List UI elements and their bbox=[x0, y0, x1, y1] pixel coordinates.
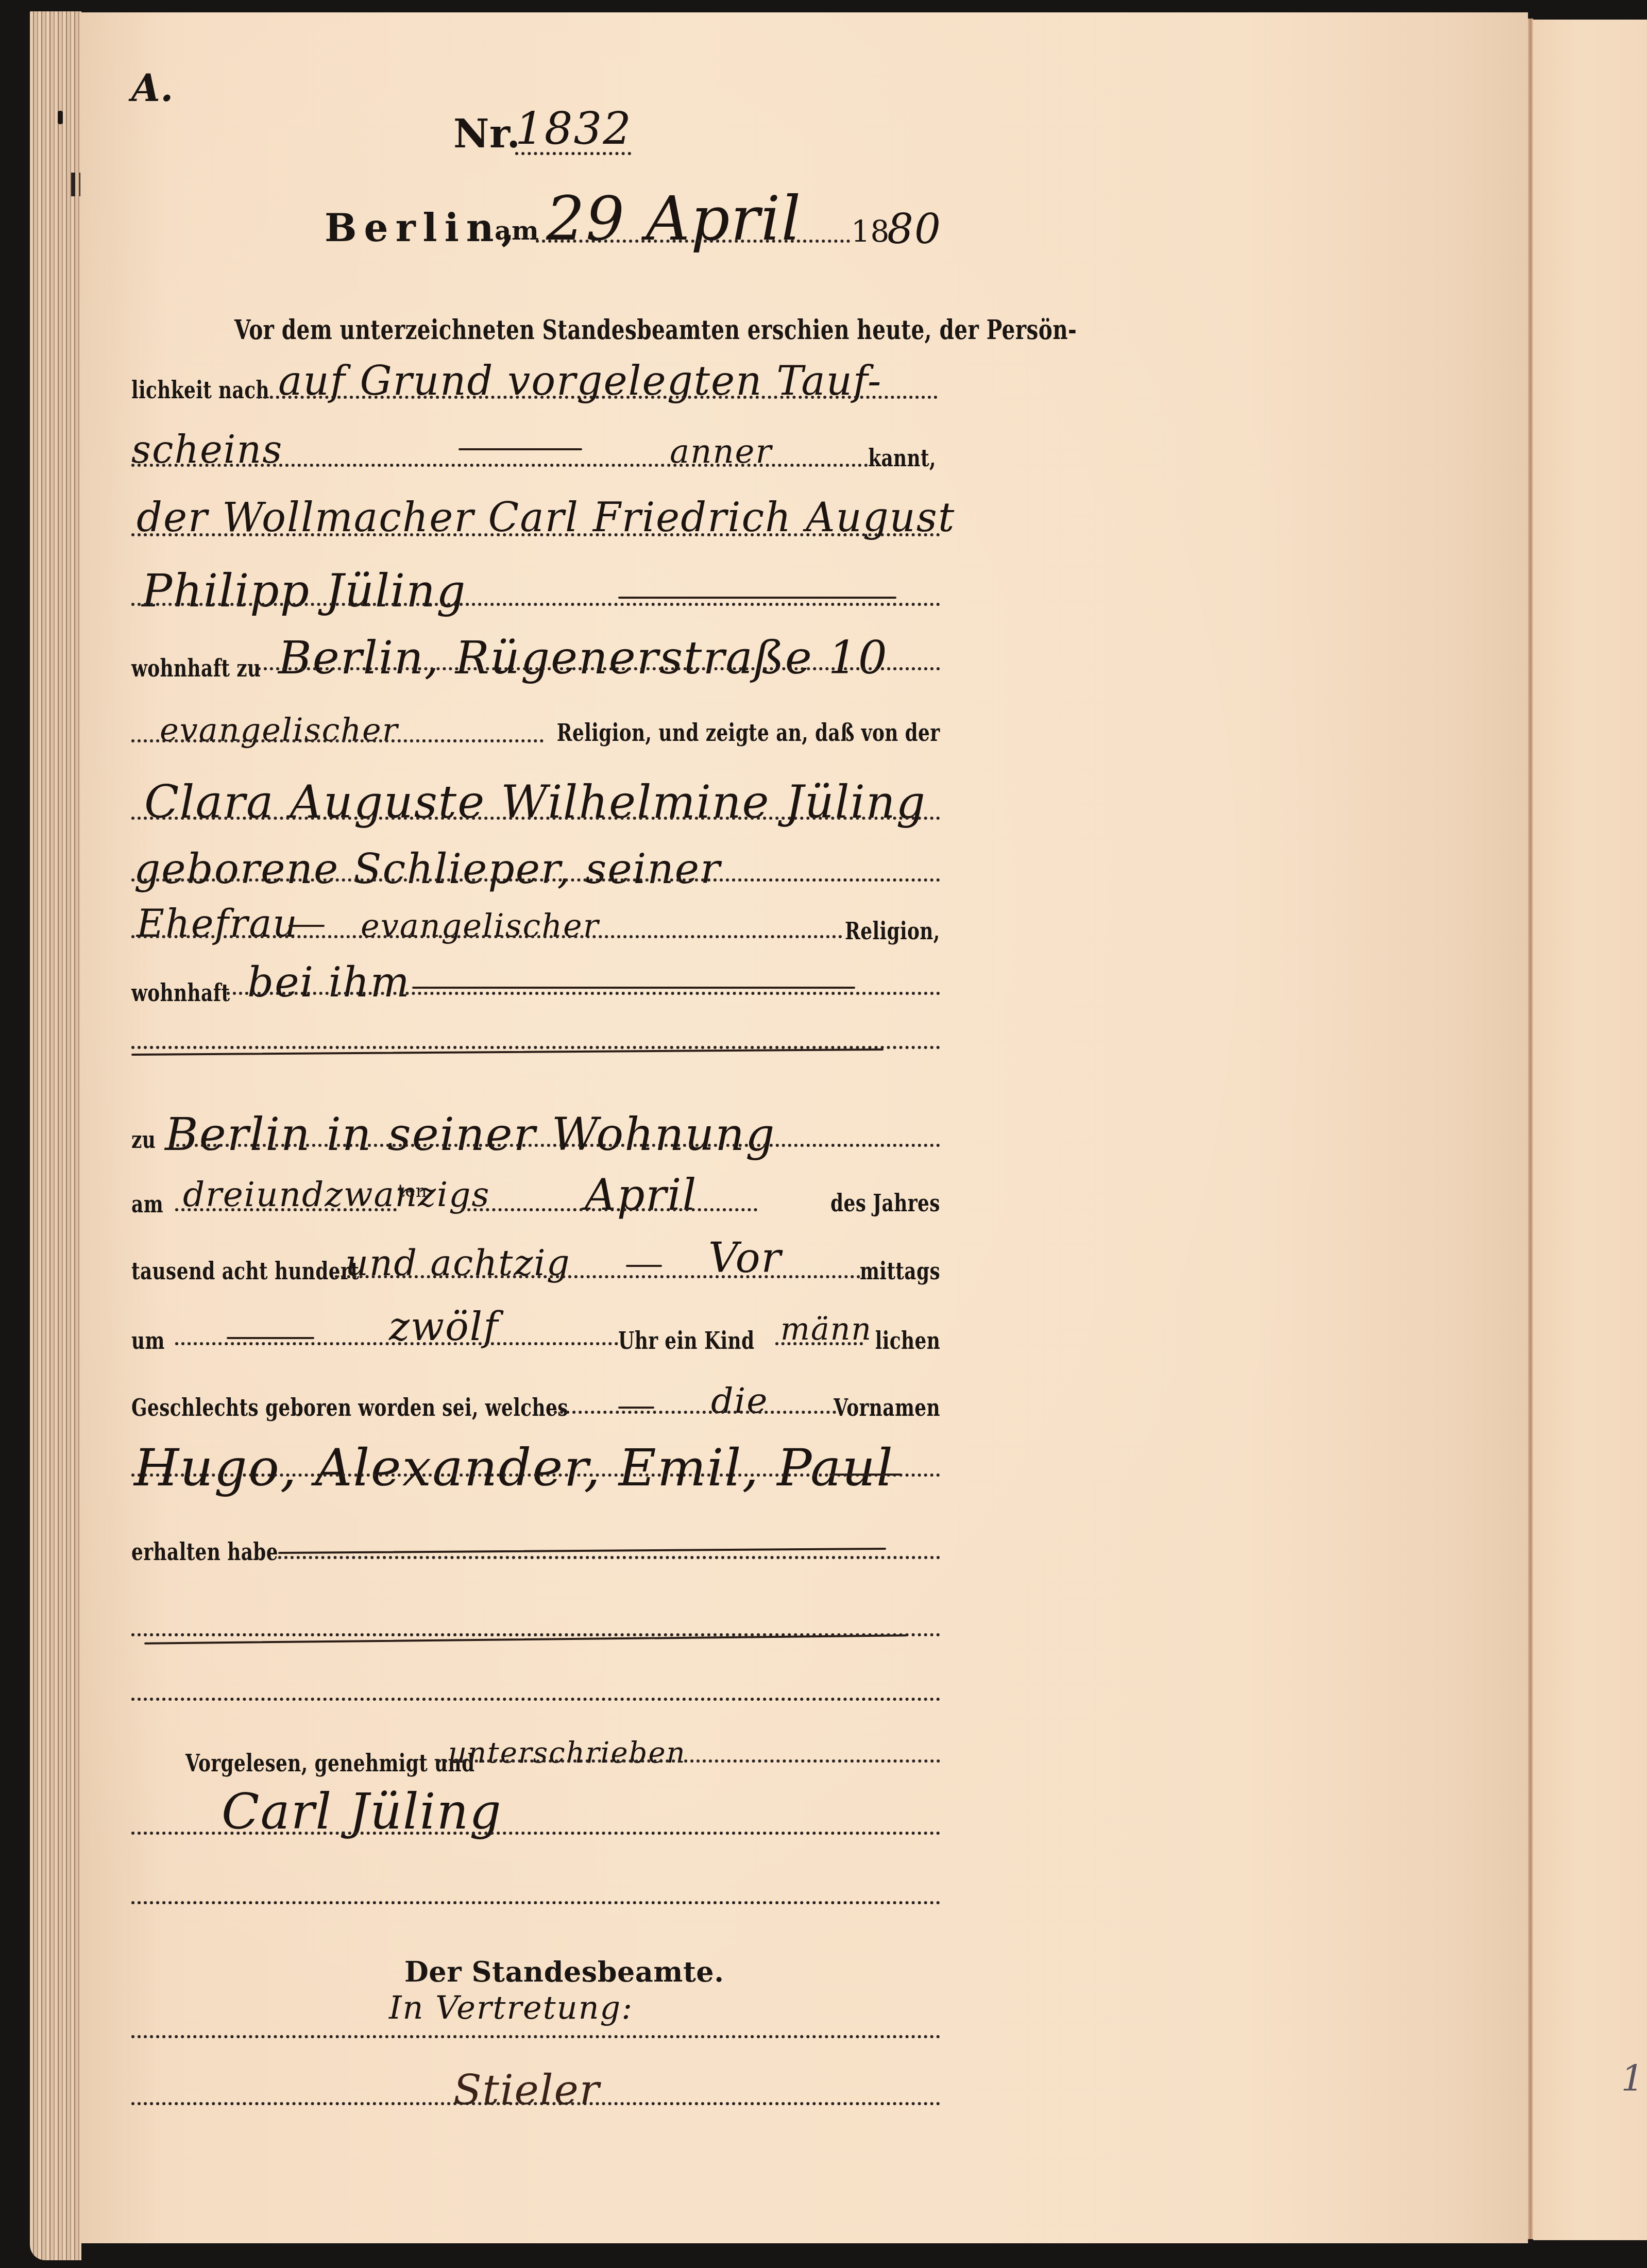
birth-time-suffix: mittags bbox=[860, 1257, 940, 1285]
section-letter: A. bbox=[131, 66, 174, 110]
blank-line-2 bbox=[131, 1633, 940, 1636]
read-approved-label: Vorgelesen, genehmigt und bbox=[185, 1749, 475, 1777]
number-line bbox=[515, 152, 631, 155]
mother-line-3 bbox=[131, 935, 842, 938]
registration-date: 29 April bbox=[546, 183, 802, 254]
names-article: die bbox=[711, 1381, 769, 1421]
registrar-line-2 bbox=[131, 2102, 940, 2105]
filler-dash bbox=[227, 1337, 314, 1339]
received-line bbox=[278, 1556, 940, 1559]
birth-day-suffix: ten bbox=[398, 1181, 427, 1201]
birth-hour-label: um bbox=[131, 1327, 165, 1355]
mother-line-2 bbox=[131, 878, 940, 882]
read-approved-line bbox=[438, 1759, 940, 1763]
place-label: Berlin, bbox=[325, 206, 521, 250]
mother-maiden-name: geborene Schlieper, seiner bbox=[134, 845, 721, 893]
entry-number: 1832 bbox=[515, 103, 632, 155]
child-given-names: Hugo, Alexander, Emil, Paul bbox=[134, 1437, 894, 1498]
blank-line bbox=[131, 1046, 940, 1049]
birth-hour-suffix: Uhr ein Kind bbox=[618, 1327, 754, 1355]
year-written: 80 bbox=[887, 205, 942, 253]
mother-religion-suffix: Religion, bbox=[845, 917, 940, 945]
birth-place-label: zu bbox=[131, 1126, 156, 1154]
birth-month-value: April bbox=[585, 1170, 697, 1220]
registrar-prefix: In Vertretung: bbox=[389, 1989, 633, 2026]
names-article-line bbox=[554, 1411, 842, 1414]
identity-label: lichkeit nach bbox=[131, 376, 269, 404]
residence-line bbox=[258, 667, 940, 670]
birth-year-label: des Jahres bbox=[830, 1189, 940, 1217]
mother-relation: Ehefrau bbox=[137, 902, 298, 946]
birth-hour-line bbox=[175, 1342, 618, 1345]
stacked-page-edges bbox=[30, 11, 81, 2260]
number-label: Nr. bbox=[453, 111, 521, 157]
birth-month-line bbox=[461, 1208, 757, 1211]
date-prefix: am bbox=[495, 215, 539, 246]
book-gutter bbox=[1528, 19, 1533, 2239]
registrar-heading: Der Standesbeamte. bbox=[404, 1955, 724, 1988]
edge-ink-mark bbox=[58, 111, 63, 124]
given-names-line bbox=[131, 1474, 940, 1477]
child-sex-line bbox=[775, 1342, 863, 1345]
birth-day-line bbox=[175, 1208, 397, 1211]
intro-text: Vor dem unterzeichneten Standesbeamten e… bbox=[234, 314, 1077, 346]
blank-signature-line bbox=[131, 1901, 940, 1904]
facing-page-pencil-mark: 1 bbox=[1621, 2057, 1644, 2100]
blank-line-3 bbox=[131, 1698, 940, 1701]
identity-line bbox=[258, 396, 938, 399]
received-label: erhalten habe bbox=[131, 1538, 278, 1566]
filler-dash bbox=[288, 925, 325, 927]
mother-residence-label: wohnhaft bbox=[131, 979, 230, 1007]
birth-year-prefix: tausend acht hundert bbox=[131, 1257, 359, 1285]
informant-line-1 bbox=[131, 533, 940, 536]
child-sex-suffix: lichen bbox=[875, 1327, 940, 1355]
filler-dash bbox=[618, 597, 896, 599]
year-printed: 18 bbox=[851, 214, 890, 249]
registrar-line-1 bbox=[131, 2035, 940, 2038]
mother-residence-value: bei ihm bbox=[247, 958, 411, 1006]
informant-signature-line bbox=[131, 1832, 940, 1835]
mother-residence-line bbox=[227, 992, 940, 995]
known-suffix: kannt, bbox=[868, 444, 936, 472]
filler-dash bbox=[412, 987, 855, 989]
sex-line-label: Geschlechts geboren worden sei, welches bbox=[131, 1394, 568, 1421]
birth-place-value: Berlin in seiner Wohnung bbox=[165, 1108, 775, 1161]
religion-suffix: Religion, und zeigte an, daß von der bbox=[557, 719, 940, 747]
mother-line-1 bbox=[131, 817, 940, 820]
mother-religion: evangelischer bbox=[361, 907, 599, 944]
filler-dash bbox=[459, 448, 582, 450]
informant-surname: Philipp Jüling bbox=[142, 564, 466, 617]
religion-line bbox=[131, 739, 544, 742]
birth-date-label: am bbox=[131, 1190, 163, 1218]
filler-dash bbox=[618, 1407, 654, 1409]
residence-value: Berlin, Rügenerstraße 10 bbox=[278, 631, 888, 684]
informant-religion: evangelischer bbox=[160, 711, 398, 749]
informant-line-2 bbox=[131, 603, 940, 606]
date-line bbox=[536, 240, 850, 243]
known-line bbox=[131, 464, 868, 467]
residence-label: wohnhaft zu bbox=[131, 654, 261, 682]
read-approved-value: unterschrieben bbox=[448, 1736, 686, 1770]
birth-year-line bbox=[335, 1275, 860, 1278]
facing-page: 1 bbox=[1533, 20, 1647, 2240]
registrar-signature: Stieler bbox=[453, 2066, 600, 2114]
names-label: Vornamen bbox=[834, 1394, 940, 1421]
mother-name: Clara Auguste Wilhelmine Jüling bbox=[144, 775, 926, 828]
filler-dash bbox=[626, 1265, 662, 1267]
birth-place-line bbox=[170, 1144, 940, 1147]
